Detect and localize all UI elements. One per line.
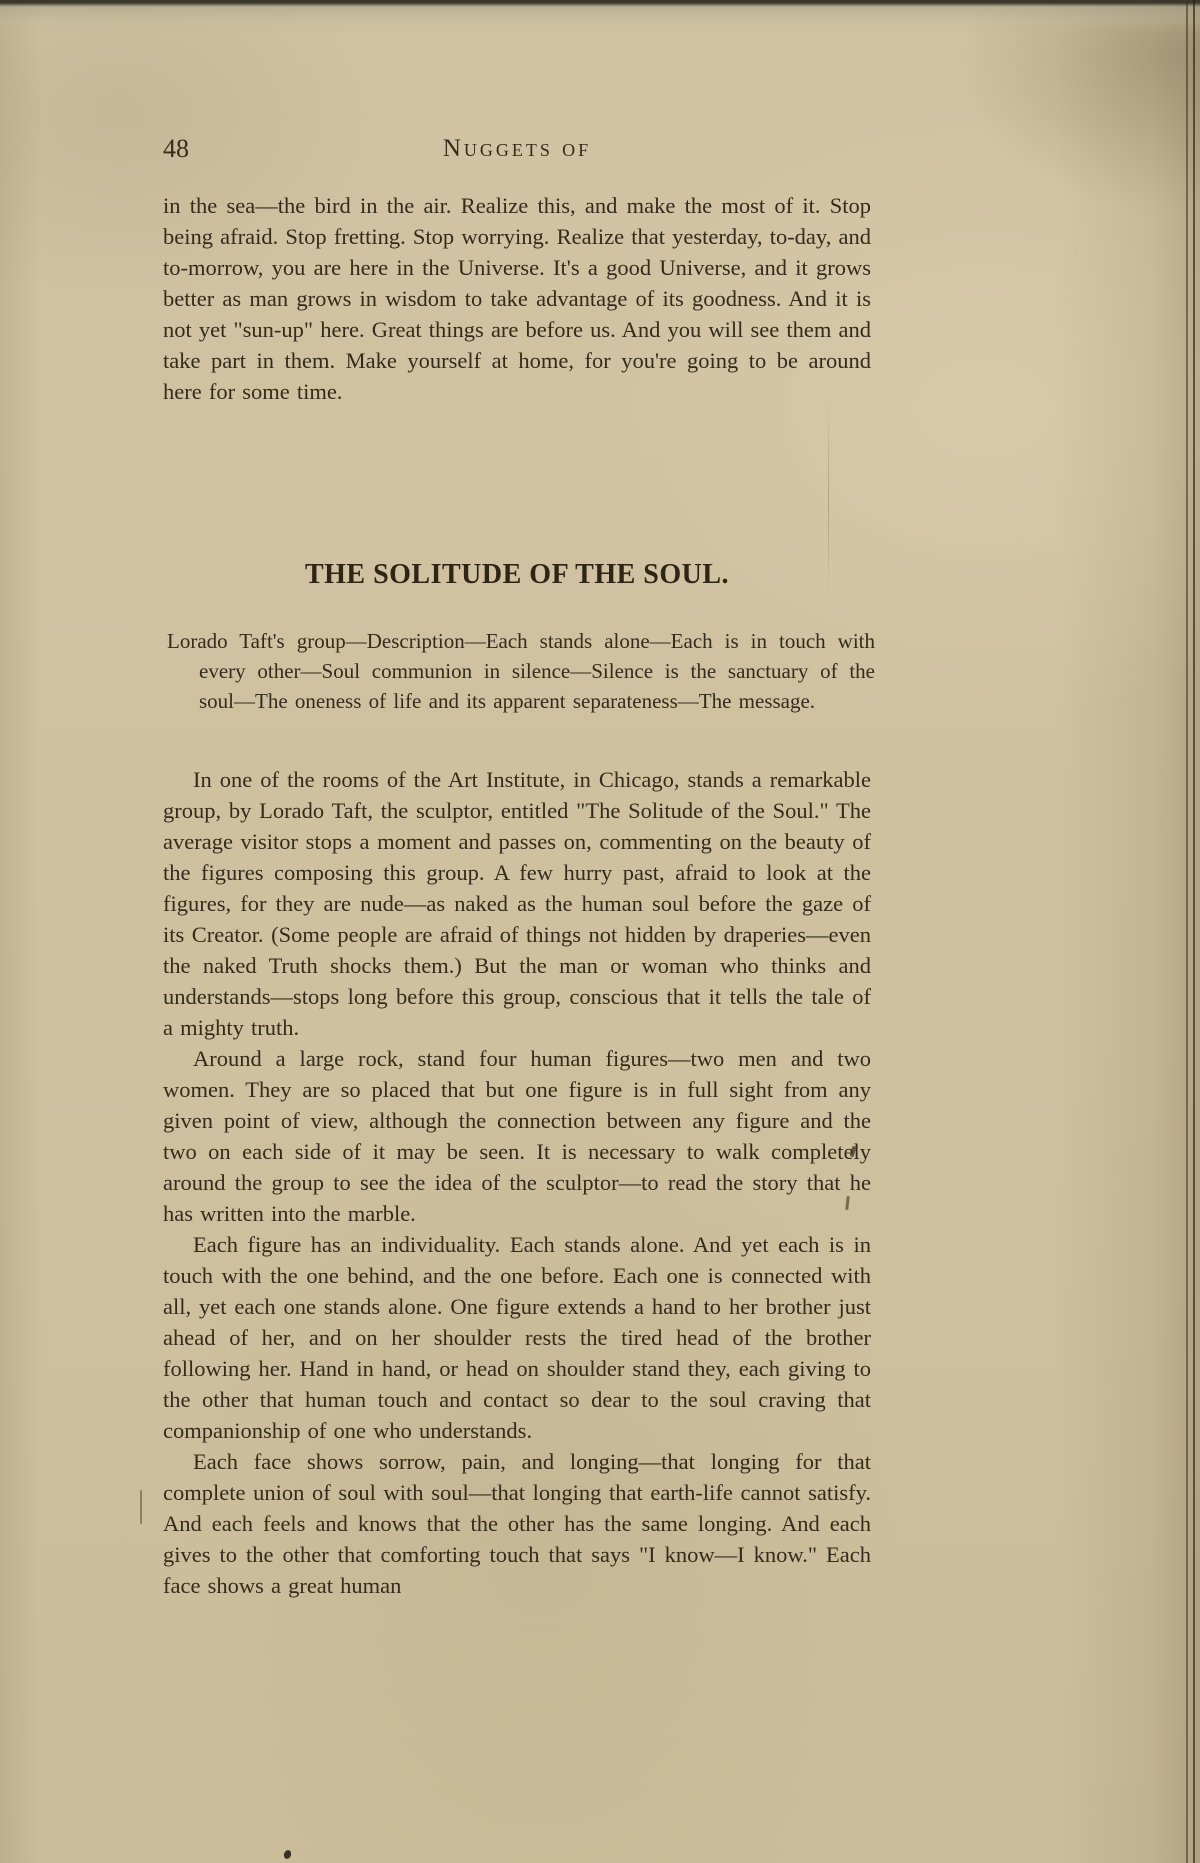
page-header: 48 Nuggets of <box>163 134 871 168</box>
page-edge-line <box>1186 0 1188 1863</box>
ink-speck <box>283 1849 293 1860</box>
intro-paragraph: in the sea—the bird in the air. Realize … <box>163 190 871 407</box>
body-paragraph: Around a large rock, stand four human fi… <box>163 1043 871 1229</box>
body-paragraph: In one of the rooms of the Art Institute… <box>163 764 871 1043</box>
body-text: In one of the rooms of the Art Institute… <box>163 764 871 1601</box>
scan-top-edge-band <box>0 0 1200 34</box>
book-fore-edge <box>1174 0 1200 1863</box>
running-header: Nuggets of <box>163 135 871 163</box>
page-edge-line <box>1193 0 1195 1863</box>
paper-crease <box>828 400 829 600</box>
body-paragraph: Each face shows sorrow, pain, and longin… <box>163 1446 871 1601</box>
body-paragraph: Each figure has an individuality. Each s… <box>163 1229 871 1446</box>
scanned-book-page: 48 Nuggets of in the sea—the bird in the… <box>0 0 1200 1863</box>
chapter-title: THE SOLITUDE OF THE SOUL. <box>163 559 871 591</box>
ink-speck <box>140 1490 142 1524</box>
chapter-synopsis: Lorado Taft's group—Description—Each sta… <box>163 626 875 716</box>
